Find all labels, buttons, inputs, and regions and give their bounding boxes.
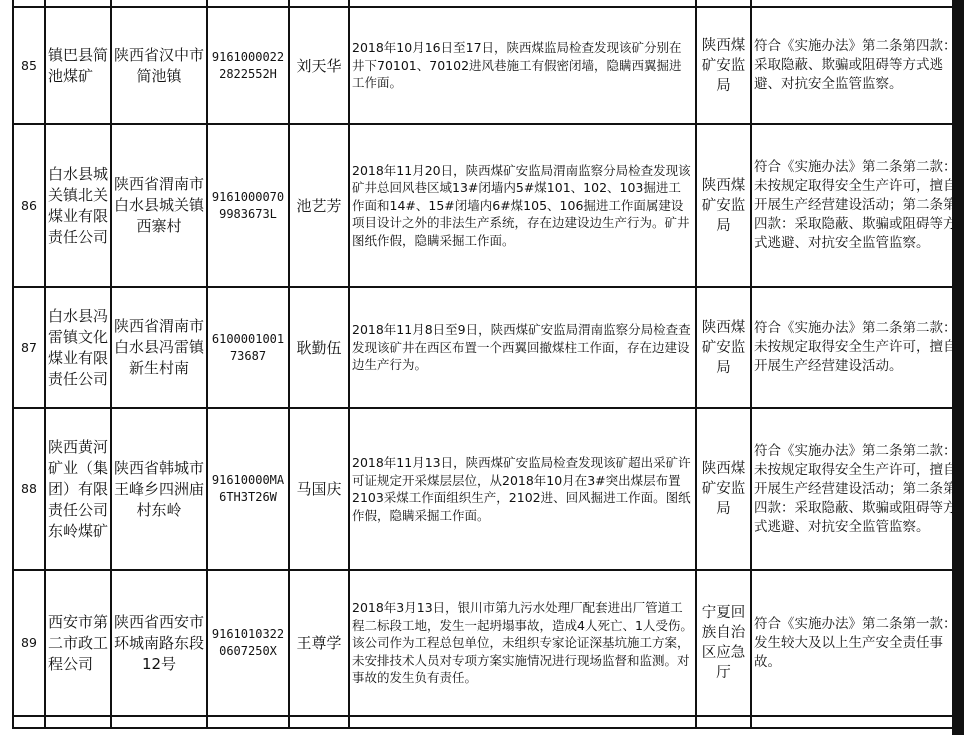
legal-person: 池艺芳 <box>289 124 349 287</box>
company-address: 陕西省渭南市白水县城关镇西寨村 <box>111 124 207 287</box>
company-address: 陕西省渭南市白水县冯雷镇新生村南 <box>111 287 207 408</box>
company-address: 陕西省韩城市王峰乡四洲庙村东岭 <box>111 408 207 570</box>
table-row-partial-bottom <box>13 716 964 728</box>
table-row: 88 陕西黄河矿业（集团）有限责任公司东岭煤矿 陕西省韩城市王峰乡四洲庙村东岭 … <box>13 408 964 570</box>
row-number: 88 <box>13 408 45 570</box>
company-address: 陕西省西安市环城南路东段12号 <box>111 570 207 716</box>
authority: 陕西煤矿安监局 <box>696 287 751 408</box>
company-address: 陕西省汉中市简池镇 <box>111 7 207 124</box>
table-row: 87 白水县冯雷镇文化煤业有限责任公司 陕西省渭南市白水县冯雷镇新生村南 610… <box>13 287 964 408</box>
legal-basis: 符合《实施办法》第二条第二款：未按规定取得安全生产许可，擅自开展生产经营建设活动… <box>751 124 964 287</box>
row-number: 87 <box>13 287 45 408</box>
legal-basis: 符合《实施办法》第二条第一款：发生较大及以上生产安全责任事故。 <box>751 570 964 716</box>
credit-code: 91610000MA6TH3T26W <box>207 408 289 570</box>
company-name: 白水县城关镇北关煤业有限责任公司 <box>45 124 111 287</box>
violation-facts: 2018年3月13日，银川市第九污水处理厂配套进出厂管道工程二标段工地，发生一起… <box>349 570 696 716</box>
table-row: 86 白水县城关镇北关煤业有限责任公司 陕西省渭南市白水县城关镇西寨村 9161… <box>13 124 964 287</box>
violation-facts: 2018年10月16日至17日，陕西煤监局检查发现该矿分别在井下70101、70… <box>349 7 696 124</box>
row-number: 86 <box>13 124 45 287</box>
authority: 陕西煤矿安监局 <box>696 7 751 124</box>
legal-basis: 符合《实施办法》第二条第二款：未按规定取得安全生产许可，擅自开展生产经营建设活动… <box>751 287 964 408</box>
legal-person: 耿勤伍 <box>289 287 349 408</box>
authority: 宁夏回族自治区应急厅 <box>696 570 751 716</box>
row-number: 89 <box>13 570 45 716</box>
legal-person: 刘天华 <box>289 7 349 124</box>
violation-facts: 2018年11月13日，陕西煤矿安监局检查发现该矿超出采矿许可证规定开采煤层层位… <box>349 408 696 570</box>
violation-facts: 2018年11月8日至9日，陕西煤矿安监局渭南监察分局检查查发现该矿井在西区布置… <box>349 287 696 408</box>
legal-person: 王尊学 <box>289 570 349 716</box>
company-name: 白水县冯雷镇文化煤业有限责任公司 <box>45 287 111 408</box>
legal-basis: 符合《实施办法》第二条第四款：采取隐蔽、欺骗或阻碍等方式逃避、对抗安全监管监察。 <box>751 7 964 124</box>
authority: 陕西煤矿安监局 <box>696 124 751 287</box>
company-name: 镇巴县简池煤矿 <box>45 7 111 124</box>
blacklist-table: 85 镇巴县简池煤矿 陕西省汉中市简池镇 91610000222822552H … <box>12 0 964 729</box>
legal-basis: 符合《实施办法》第二条第二款：未按规定取得安全生产许可，擅自开展生产经营建设活动… <box>751 408 964 570</box>
authority: 陕西煤矿安监局 <box>696 408 751 570</box>
table-row: 89 西安市第二市政工程公司 陕西省西安市环城南路东段12号 916101032… <box>13 570 964 716</box>
table-row: 85 镇巴县简池煤矿 陕西省汉中市简池镇 91610000222822552H … <box>13 7 964 124</box>
company-name: 陕西黄河矿业（集团）有限责任公司东岭煤矿 <box>45 408 111 570</box>
credit-code: 91610000709983673L <box>207 124 289 287</box>
company-name: 西安市第二市政工程公司 <box>45 570 111 716</box>
credit-code: 91610103220607250X <box>207 570 289 716</box>
credit-code: 91610000222822552H <box>207 7 289 124</box>
row-number: 85 <box>13 7 45 124</box>
violation-facts: 2018年11月20日，陕西煤矿安监局渭南监察分局检查发现该矿井总回风巷区域13… <box>349 124 696 287</box>
credit-code: 610000100173687 <box>207 287 289 408</box>
legal-person: 马国庆 <box>289 408 349 570</box>
table-row-partial-top <box>13 0 964 7</box>
